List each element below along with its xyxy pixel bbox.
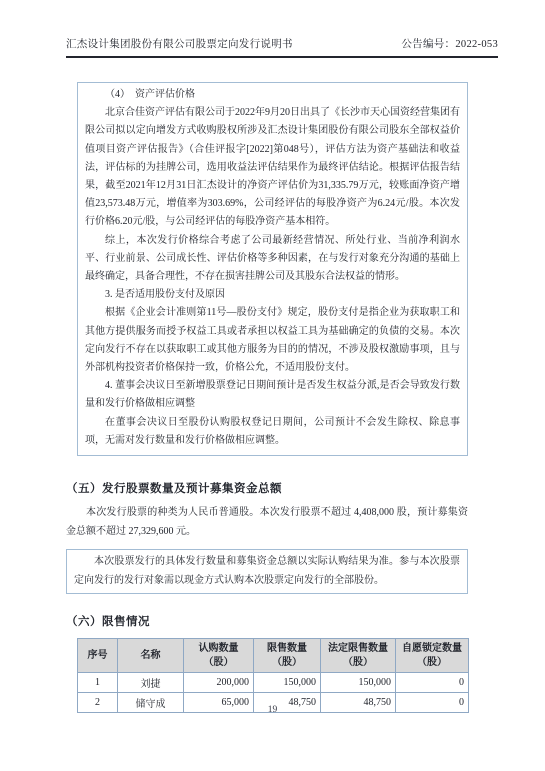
cell-statutory: 150,000: [321, 673, 396, 693]
section-heading-lockup: （六）限售情况: [66, 613, 468, 629]
document-page: 汇杰设计集团股份有限公司股票定向发行说明书 公告编号：2022-053 （4） …: [0, 0, 545, 771]
doc-title: 汇杰设计集团股份有限公司股票定向发行说明书: [66, 36, 293, 51]
revision-box-subscription: 本次股票发行的具体发行数量和募集资金总额以实际认购结果为准。参与本次股票定向发行…: [66, 549, 468, 594]
column-header-subscribed: 认购数量 （股）: [184, 639, 254, 673]
table-row: 1 刘捷 200,000 150,000 150,000 0: [78, 673, 469, 693]
subitem-heading-equity-distribution: 4. 董事会决议日至新增股票登记日期间预计是否发生权益分派,是否会导致发行数量和…: [85, 377, 460, 413]
cell-name: 刘捷: [118, 673, 184, 693]
cell-subscribed: 200,000: [184, 673, 254, 693]
announcement-number: 公告编号：2022-053: [401, 36, 498, 51]
cell-index: 1: [78, 673, 118, 693]
paragraph-share-payment: 根据《企业会计准则第11号—股份支付》规定，股份支付是指企业为获取职工和其他方提…: [85, 304, 460, 377]
column-header-voluntary: 自愿锁定数量 （股）: [396, 639, 469, 673]
content-area: （4） 资产评估价格 北京合佳资产评估有限公司于2022年9月20日出具了《长沙…: [66, 82, 468, 713]
table-header-row: 序号 名称 认购数量 （股） 限售数量 （股） 法定限售数量 （股） 自愿锁定数…: [78, 639, 469, 673]
revision-box-pricing: （4） 资产评估价格 北京合佳资产评估有限公司于2022年9月20日出具了《长沙…: [77, 82, 468, 456]
lockup-table: 序号 名称 认购数量 （股） 限售数量 （股） 法定限售数量 （股） 自愿锁定数…: [77, 638, 469, 713]
paragraph-no-adjustment: 在董事会决议日至股份认购股权登记日期间，公司预计不会发生除权、除息事项，无需对发…: [85, 414, 460, 450]
column-header-statutory: 法定限售数量 （股）: [321, 639, 396, 673]
column-header-name: 名称: [118, 639, 184, 673]
subitem-heading-share-payment: 3. 是否适用股份支付及原因: [85, 286, 460, 304]
column-header-index: 序号: [78, 639, 118, 673]
cell-voluntary: 0: [396, 673, 469, 693]
section-heading-issue-quantity: （五）发行股票数量及预计募集资金总额: [66, 480, 468, 496]
page-header: 汇杰设计集团股份有限公司股票定向发行说明书 公告编号：2022-053: [66, 36, 498, 58]
paragraph-issue-quantity: 本次发行股票的种类为人民币普通股。本次发行股票不超过 4,408,000 股，预…: [66, 503, 468, 541]
column-header-restricted: 限售数量 （股）: [254, 639, 321, 673]
paragraph-subscription-cash: 本次股票发行的具体发行数量和募集资金总额以实际认购结果为准。参与本次股票定向发行…: [74, 552, 460, 590]
cell-restricted: 150,000: [254, 673, 321, 693]
paragraph-price-conclusion: 综上，本次发行价格综合考虑了公司最新经营情况、所处行业、当前净利润水平、行业前景…: [85, 232, 460, 287]
paragraph-valuation-report: 北京合佳资产评估有限公司于2022年9月20日出具了《长沙市天心国资经营集团有限…: [85, 104, 460, 231]
page-number: 19: [0, 705, 545, 715]
subitem-heading-asset-valuation: （4） 资产评估价格: [85, 86, 460, 104]
